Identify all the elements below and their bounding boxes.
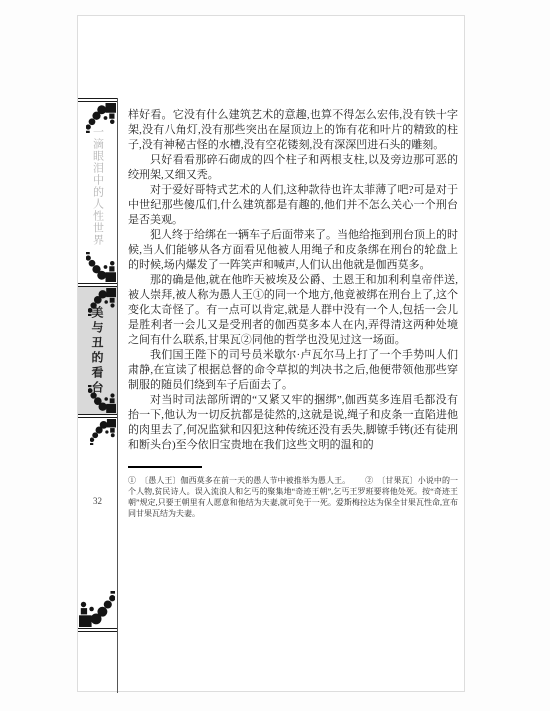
- paragraph: 对当时司法部所谓的“又紧又牢的捆绑”,伽西莫多连眉毛都没有抬一下,他认为一切反抗…: [128, 393, 458, 453]
- paragraph: 那的确是他,就在他昨天被埃及公爵、土恩王和加利利皇帝伴送,被人崇拜,被人称为愚人…: [128, 273, 458, 348]
- sidebar-strip: 一滴眼泪中的人性世界 美与丑的看台 32: [78, 98, 117, 632]
- footnotes: ① 〔愚人王〕伽西莫多在前一天的愚人节中被推举为愚人王。 ② 〔甘果瓦〕小说中的…: [128, 475, 458, 519]
- paragraph: 只好看看那碎石砌成的四个柱子和两根支柱,以及旁边那可恶的绞刑架,又细又秃。: [128, 153, 458, 183]
- corner-filigree-icon: [88, 385, 116, 413]
- footnote: ① 〔愚人王〕伽西莫多在前一天的愚人节中被推举为愚人王。: [128, 476, 350, 485]
- margin-rule: [117, 98, 118, 693]
- unit-title-box: 一滴眼泪中的人性世界: [78, 102, 117, 283]
- paragraph: 犯人终于给绑在一辆车子后面带来了。当他给拖到刑台顶上的时候,当人们能够从各方面看…: [128, 228, 458, 273]
- divider: [78, 628, 117, 632]
- corner-filigree-icon: [79, 591, 115, 627]
- corner-filigree-icon: [90, 419, 116, 445]
- body-text: 样好看。它没有什么建筑艺术的意趣,也算不得怎么宏伟,没有铁十字架,没有八角灯,没…: [128, 108, 458, 519]
- paragraph: 样好看。它没有什么建筑艺术的意趣,也算不得怎么宏伟,没有铁十字架,没有八角灯,没…: [128, 108, 458, 153]
- section-title-box: 美与丑的看台: [78, 287, 117, 414]
- book-page: 一滴眼泪中的人性世界 美与丑的看台 32 样好看。它没有什么建筑艺术的意趣,也算…: [77, 15, 465, 692]
- paragraph: 对于爱好哥特式艺术的人们,这种款待也许太菲薄了吧?可是对于中世纪那些傻瓜们,什么…: [128, 183, 458, 228]
- unit-title: 一滴眼泪中的人性世界: [90, 126, 106, 246]
- section-title: 美与丑的看台: [89, 306, 106, 396]
- page-number: 32: [93, 496, 102, 506]
- page-number-box: 32: [78, 418, 117, 628]
- paragraph: 我们国王陛下的司号员米歇尔·卢瓦尔马上打了一个手势叫人们肃静,在宣读了根据总督的…: [128, 348, 458, 393]
- footnote-divider: [128, 466, 202, 468]
- corner-filigree-icon: [86, 252, 116, 282]
